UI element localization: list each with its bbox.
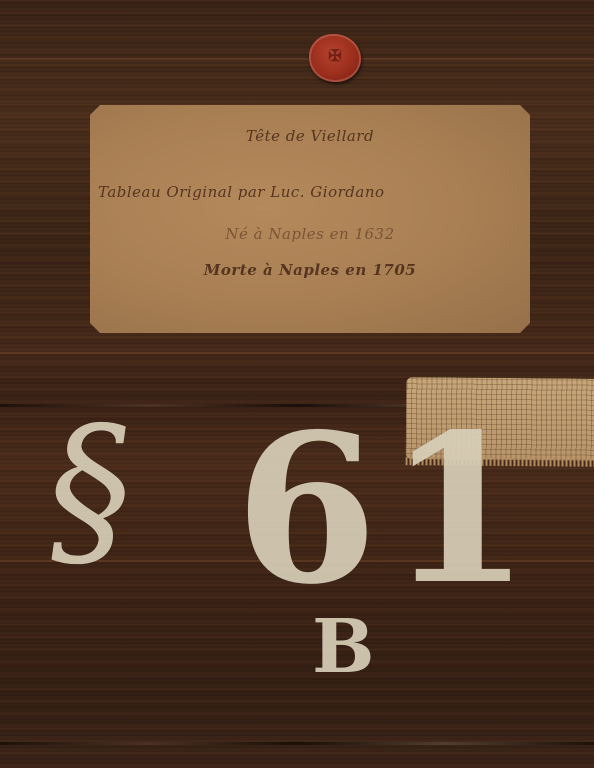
wood-panel: ✠ Tête de Viellard Tableau Original par … <box>0 0 594 768</box>
provenance-label: Tête de Viellard Tableau Original par Lu… <box>90 105 530 333</box>
seal-emblem-icon: ✠ <box>309 46 361 65</box>
wax-seal: ✠ <box>309 34 361 82</box>
inventory-symbol: § <box>36 405 145 575</box>
inventory-number: 61 <box>235 408 540 613</box>
wood-grain <box>0 352 594 354</box>
inventory-letter: B <box>312 610 375 684</box>
label-birth: Né à Naples en 1632 <box>90 225 530 243</box>
label-attribution: Tableau Original par Luc. Giordano <box>98 183 530 201</box>
plank-joint <box>0 742 594 745</box>
label-title: Tête de Viellard <box>90 127 530 145</box>
wood-grain <box>0 58 594 60</box>
label-death: Morte à Naples en 1705 <box>90 261 530 279</box>
